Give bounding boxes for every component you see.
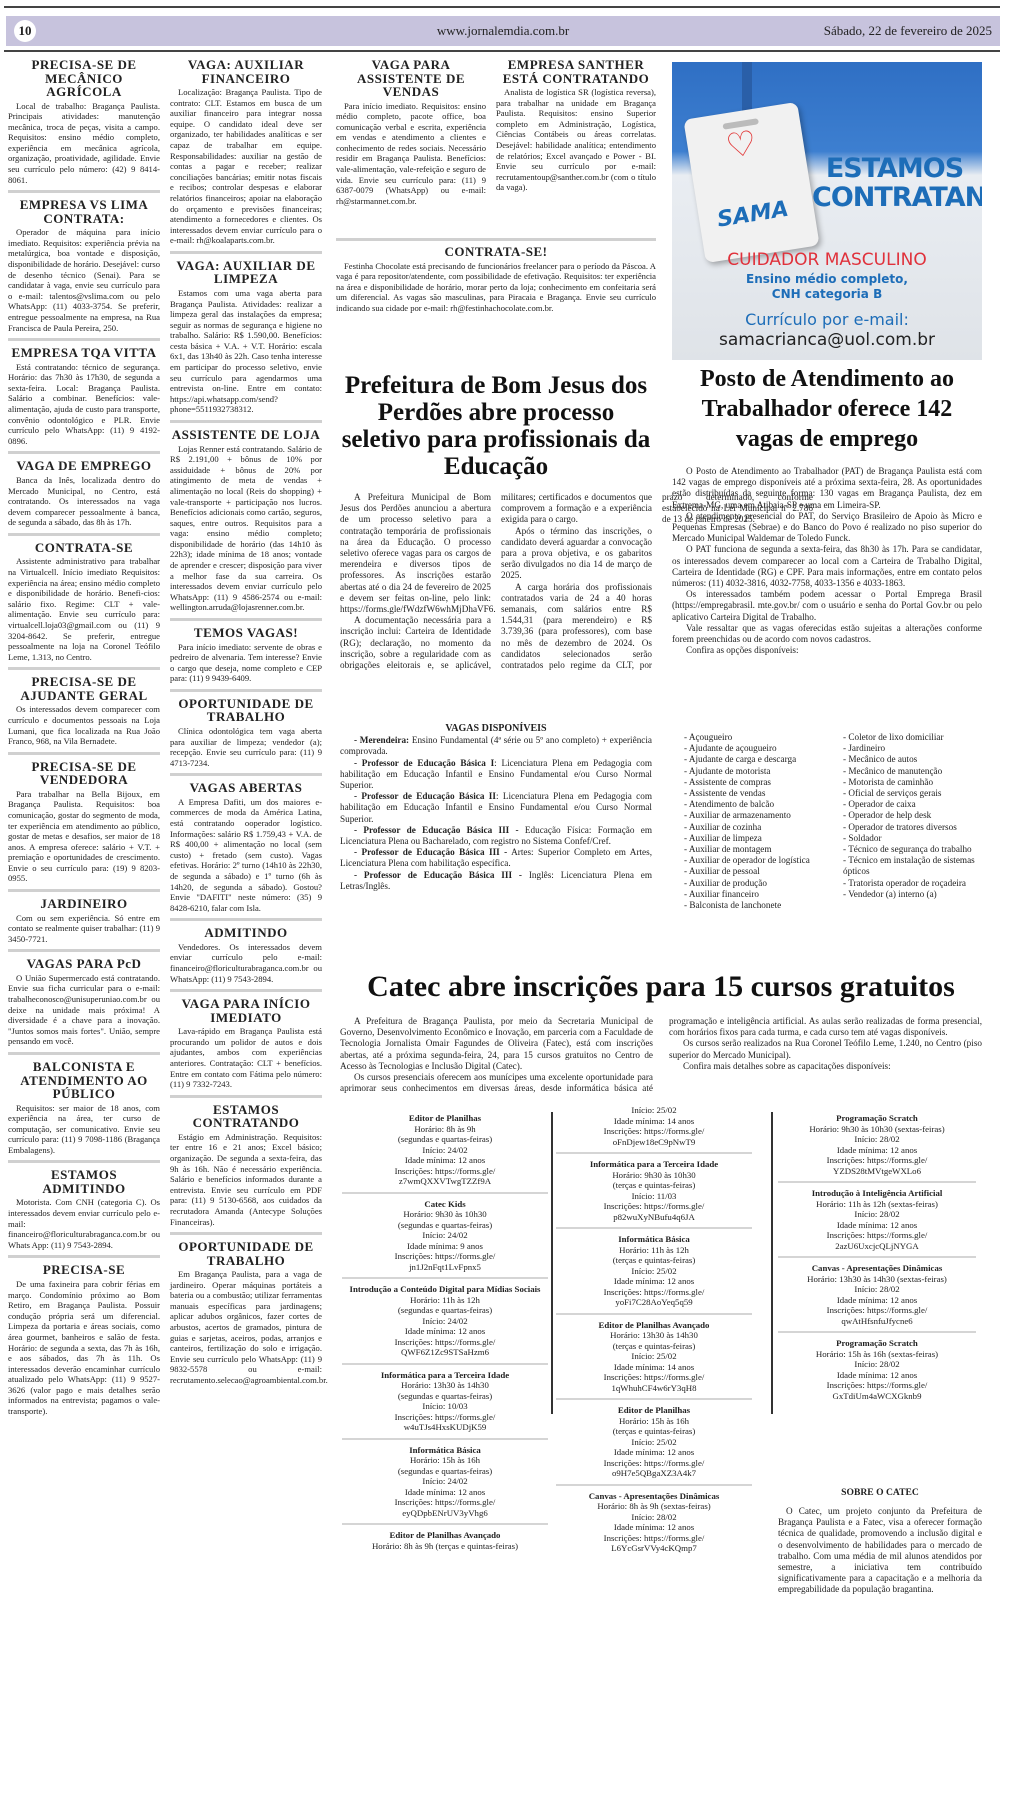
course-card: Informática BásicaHorário: 11h às 12h(te… xyxy=(556,1229,752,1315)
course-detail: Início: 28/02 xyxy=(556,1512,752,1523)
course-detail: Horário: 13h30 às 14h30 xyxy=(556,1330,752,1341)
job-item: - Mecânico de autos xyxy=(837,754,982,765)
course-name: Editor de Planilhas Avançado xyxy=(342,1530,548,1541)
course-signup-link[interactable]: 2azU6UxcjcQLjNYGA xyxy=(778,1241,976,1252)
course-detail: Horário: 11h às 12h xyxy=(556,1245,752,1256)
course-detail: Início: 25/02 xyxy=(556,1105,752,1116)
ad-title: EMPRESA VS LIMA CONTRATA: xyxy=(8,198,160,225)
course-signup-link[interactable]: QWF6Z1Zc9STSaHzm6 xyxy=(342,1347,548,1358)
vaga-role: - Professor de Educação Básica II xyxy=(354,791,496,801)
course-name: Informática para a Terceira Idade xyxy=(556,1159,752,1170)
course-card: Editor de PlanilhasHorário: 8h às 9h(seg… xyxy=(342,1108,548,1194)
catec-body: A Prefeitura de Bragança Paulista, por m… xyxy=(340,1016,982,1102)
job-item: - Auxiliar de armazenamento xyxy=(678,810,823,821)
page-number: 10 xyxy=(14,20,36,42)
ad-body: Os interessados devem comparecer com cur… xyxy=(8,704,160,746)
catec-headline: Catec abre inscrições para 15 cursos gra… xyxy=(340,970,982,1004)
classified-ad: VAGA PARA INÍCIO IMEDIATOLava-rápido em … xyxy=(170,997,322,1098)
course-detail: Horário: 13h30 às 14h30 (sextas-feiras) xyxy=(778,1274,976,1285)
ad-title: JARDINEIRO xyxy=(8,897,160,911)
job-item: - Coletor de lixo domiciliar xyxy=(837,732,982,743)
course-signup-link[interactable]: Inscrições: https://forms.gle/ xyxy=(556,1201,752,1212)
issue-date: Sábado, 22 de fevereiro de 2025 xyxy=(824,23,992,39)
courses-divider-1 xyxy=(551,1112,553,1414)
course-detail: Início: 25/02 xyxy=(556,1266,752,1277)
vaga-role: - Professor de Educação Básica III - xyxy=(354,870,522,880)
course-detail: Horário: 15h às 16h xyxy=(556,1416,752,1427)
ad-title: OPORTUNIDADE DE TRABALHO xyxy=(170,1240,322,1267)
course-signup-link[interactable]: Inscrições: https://forms.gle/ xyxy=(556,1458,752,1469)
course-card: Introdução a Conteúdo Digital para Mídia… xyxy=(342,1279,548,1365)
ad-title: ESTAMOS CONTRATANDO xyxy=(170,1103,322,1130)
course-card: Catec KidsHorário: 9h30 às 10h30(segunda… xyxy=(342,1194,548,1280)
top-rule xyxy=(4,6,1000,8)
banner-headline: ESTAMOS CONTRATANDO xyxy=(812,154,977,212)
job-item: - Mecânico de manutenção xyxy=(837,766,982,777)
course-detail: Início: 28/02 xyxy=(778,1134,976,1145)
course-detail: (terças e quintas-feiras) xyxy=(556,1426,752,1437)
course-signup-link[interactable]: w4uTJs4HxsKUDjK59 xyxy=(342,1422,548,1433)
ad-body: Analista de logística SR (logística reve… xyxy=(496,87,656,193)
job-item: - Açougueiro xyxy=(678,732,823,743)
job-list-left: - Açougueiro- Ajudante de açougueiro- Aj… xyxy=(672,732,823,911)
course-signup-link[interactable]: eyQDpbENrUV3yVhg6 xyxy=(342,1508,548,1519)
ad-body: Com ou sem experiência. Só entre em cont… xyxy=(8,913,160,945)
course-detail: Horário: 9h30 às 10h30 (sextas-feiras) xyxy=(778,1124,976,1135)
classified-ad: EMPRESA TQA VITTAEstá contratando: técni… xyxy=(8,346,160,454)
ad-title: OPORTUNIDADE DE TRABALHO xyxy=(170,697,322,724)
course-detail: Início: 24/02 xyxy=(342,1316,548,1327)
vaga-item: - Professor de Educação Básica III - Edu… xyxy=(340,825,652,847)
course-name: Introdução a Conteúdo Digital para Mídia… xyxy=(342,1284,548,1295)
course-card: Editor de PlanilhasHorário: 15h às 16h(t… xyxy=(556,1400,752,1486)
job-item: - Ajudante de motorista xyxy=(678,766,823,777)
course-name: Canvas - Apresentações Dinâmicas xyxy=(556,1491,752,1502)
course-detail: Início: 11/03 xyxy=(556,1191,752,1202)
classifieds-column-1: PRECISA-SE DE MECÂNICO AGRÍCOLALocal de … xyxy=(8,58,160,1427)
course-detail: Início: 24/02 xyxy=(342,1230,548,1241)
course-signup-link[interactable]: Inscrições: https://forms.gle/ xyxy=(556,1533,752,1544)
job-item: - Auxiliar de montagem xyxy=(678,844,823,855)
article-paragraph: Confira mais detalhes sobre as capacitaç… xyxy=(669,1061,982,1072)
heart-logo-icon: ♡ xyxy=(723,123,759,167)
course-name: Introdução à Inteligência Artificial xyxy=(778,1188,976,1199)
course-detail: Horário: 8h às 9h xyxy=(342,1124,548,1135)
course-name: Catec Kids xyxy=(342,1199,548,1210)
ad-title: VAGA PARA ASSISTENTE DE VENDAS xyxy=(336,58,486,99)
course-card: Informática para a Terceira IdadeHorário… xyxy=(342,1365,548,1440)
course-card: Informática BásicaHorário: 15h às 16h(se… xyxy=(342,1440,548,1526)
course-detail: (segundas e quartas-feiras) xyxy=(342,1305,548,1316)
bomjesus-vagas-list: VAGAS DISPONÍVEIS- Merendeira: Ensino Fu… xyxy=(340,720,652,892)
ad-title: EMPRESA SANTHER ESTÁ CONTRATANDO xyxy=(496,58,656,85)
course-signup-link[interactable]: Inscrições: https://forms.gle/ xyxy=(778,1305,976,1316)
job-item: - Técnico em instalação de sistemas ópti… xyxy=(837,855,982,877)
job-item: - Jardineiro xyxy=(837,743,982,754)
ad-title: ADMITINDO xyxy=(170,926,322,940)
job-item: - Técnico de segurança do trabalho xyxy=(837,844,982,855)
ad-body: Clínica odontológica tem vaga aberta par… xyxy=(170,726,322,768)
article-paragraph: Confira as opções disponíveis: xyxy=(672,645,982,656)
ad-body: Localização: Bragança Paulista. Tipo de … xyxy=(170,87,322,246)
courses-divider-2 xyxy=(771,1112,773,1414)
course-signup-link[interactable]: Inscrições: https://forms.gle/ xyxy=(342,1337,548,1348)
course-name: Editor de Planilhas Avançado xyxy=(556,1320,752,1331)
ad-body: Motorista. Com CNH (categoria C). Os int… xyxy=(8,1197,160,1250)
pat-headline: Posto de Atendimento ao Trabalhador ofer… xyxy=(672,364,982,454)
course-detail: Horário: 13h30 às 14h30 xyxy=(342,1380,548,1391)
ad-body: Para início imediato. Requisitos: ensino… xyxy=(336,101,486,207)
classified-ad: TEMOS VAGAS!Para início imediato: serven… xyxy=(170,626,322,692)
course-detail: Idade mínima: 12 anos xyxy=(778,1145,976,1156)
classifieds-column-2: VAGA: AUXILIAR FINANCEIROLocalização: Br… xyxy=(170,58,322,1396)
job-item: - Motorista de caminhão xyxy=(837,777,982,788)
ad-title: VAGA: AUXILIAR FINANCEIRO xyxy=(170,58,322,85)
article-paragraph: A Prefeitura Municipal de Bom Jesus dos … xyxy=(340,492,491,615)
ad-title: PRECISA-SE DE AJUDANTE GERAL xyxy=(8,675,160,702)
course-signup-link[interactable]: 1qWhuhCF4w6rY3qH8 xyxy=(556,1383,752,1394)
course-signup-link[interactable]: Inscrições: https://forms.gle/ xyxy=(342,1166,548,1177)
page-header: 10 www.jornalemdia.com.br Sábado, 22 de … xyxy=(6,16,1000,46)
ad-body: Está contratando: técnico de segurança. … xyxy=(8,362,160,447)
job-item: - Assistente de vendas xyxy=(678,788,823,799)
job-item: - Atendimento de balcão xyxy=(678,799,823,810)
article-paragraph: O Posto de Atendimento ao Trabalhador (P… xyxy=(672,466,982,511)
brand-logo: SAMA xyxy=(716,197,791,233)
article-paragraph: Após o término das inscrições, o candida… xyxy=(501,526,652,582)
job-item: - Tratorista operador de roçadeira xyxy=(837,878,982,889)
ad-title: BALCONISTA E ATENDIMENTO AO PÚBLICO xyxy=(8,1060,160,1101)
job-item: - Auxiliar de pessoal xyxy=(678,866,823,877)
course-signup-link[interactable]: p82wuXyNBufu4q6JA xyxy=(556,1212,752,1223)
classified-ad: EMPRESA VS LIMA CONTRATA:Operador de máq… xyxy=(8,198,160,341)
article-paragraph: O atendimento presencial do PAT, do Serv… xyxy=(672,511,982,545)
course-name: Informática para a Terceira Idade xyxy=(342,1370,548,1381)
job-item: - Auxiliar de cozinha xyxy=(678,822,823,833)
course-signup-link[interactable]: Inscrições: https://forms.gle/ xyxy=(342,1251,548,1262)
ad-body: Em Bragança Paulista, para a vaga de jar… xyxy=(170,1269,322,1386)
ad-title: VAGA PARA INÍCIO IMEDIATO xyxy=(170,997,322,1024)
course-detail: Horário: 8h às 9h (terças e quintas-feir… xyxy=(342,1541,548,1552)
ad-body: Vendedores. Os interessados devem enviar… xyxy=(170,942,322,984)
ad-body: Banca da Inês, localizada dentro do Merc… xyxy=(8,475,160,528)
sama-hiring-banner[interactable]: ♡ SAMA ESTAMOS CONTRATANDO CUIDADOR MASC… xyxy=(672,62,982,360)
article-paragraph: Vale ressaltar que as vagas oferecidas e… xyxy=(672,623,982,645)
course-detail: (terças e quintas-feiras) xyxy=(556,1180,752,1191)
course-detail: Horário: 15h às 16h (sextas-feiras) xyxy=(778,1349,976,1360)
classified-ad: PRECISA-SE DE AJUDANTE GERALOs interessa… xyxy=(8,675,160,754)
classified-ad: CONTRATA-SEAssistente administrativo par… xyxy=(8,541,160,670)
course-detail: Idade mínima: 12 anos xyxy=(556,1447,752,1458)
job-list-right: - Coletor de lixo domiciliar- Jardineiro… xyxy=(831,732,982,911)
course-detail: Idade mínima: 12 anos xyxy=(778,1295,976,1306)
course-detail: (terças e quintas-feiras) xyxy=(556,1255,752,1266)
job-item: - Vendedor (a) interno (a) xyxy=(837,889,982,900)
course-name: Informática Básica xyxy=(556,1234,752,1245)
course-signup-link[interactable]: yoFi7C28AoYeq5q59 xyxy=(556,1297,752,1308)
ad-body: Assistente administrativo para trabalhar… xyxy=(8,556,160,662)
vaga-role: - Merendeira: xyxy=(354,735,409,745)
job-item: - Balconista de lanchonete xyxy=(678,900,823,911)
course-detail: Idade mínima: 12 anos xyxy=(556,1276,752,1287)
sobre-catec: SOBRE O CATEC O Catec, um projeto conjun… xyxy=(778,1487,982,1596)
vagas-heading: VAGAS DISPONÍVEIS xyxy=(340,723,652,734)
pat-body: O Posto de Atendimento ao Trabalhador (P… xyxy=(672,466,982,656)
ad-body: Estágio em Administração. Requisitos: te… xyxy=(170,1132,322,1227)
vaga-item: - Professor de Educação Básica III - Art… xyxy=(340,847,652,869)
course-detail: Idade mínima: 12 anos xyxy=(342,1487,548,1498)
classified-ad: ESTAMOS ADMITINDOMotorista. Com CNH (cat… xyxy=(8,1168,160,1258)
job-item: - Operador de tratores diversos xyxy=(837,822,982,833)
ad-body: Operador de máquina para início imediato… xyxy=(8,227,160,333)
course-detail: Início: 28/02 xyxy=(778,1359,976,1370)
id-badge-graphic: ♡ SAMA xyxy=(683,102,819,263)
course-card: Canvas - Apresentações DinâmicasHorário:… xyxy=(556,1486,752,1559)
classified-ad: JARDINEIROCom ou sem experiência. Só ent… xyxy=(8,897,160,952)
ad-body: Para trabalhar na Bella Bijoux, em Braga… xyxy=(8,789,160,884)
ad-title: VAGA: AUXILIAR DE LIMPEZA xyxy=(170,259,322,286)
course-detail: Idade mínima: 12 anos xyxy=(556,1522,752,1533)
course-signup-link[interactable]: qwAtHfsnfuJfycne6 xyxy=(778,1316,976,1327)
ad-body: Lava-rápido em Bragança Paulista está pr… xyxy=(170,1026,322,1090)
course-signup-link[interactable]: o9H7e5QBgaXZ3A4k7 xyxy=(556,1468,752,1479)
vaga-item: - Professor de Educação Básica III - Ing… xyxy=(340,870,652,892)
course-name: Canvas - Apresentações Dinâmicas xyxy=(778,1263,976,1274)
ad-title: VAGAS PARA PcD xyxy=(8,957,160,971)
ad-title: ASSISTENTE DE LOJA xyxy=(170,428,322,442)
course-signup-link[interactable]: Inscrições: https://forms.gle/ xyxy=(342,1497,548,1508)
courses-column-c: Programação ScratchHorário: 9h30 às 10h3… xyxy=(778,1108,976,1406)
course-detail: Idade mínima: 12 anos xyxy=(342,1155,548,1166)
course-detail: (segundas e quartas-feiras) xyxy=(342,1220,548,1231)
vaga-item: - Professor de Educação Básica II: Licen… xyxy=(340,791,652,825)
job-item: - Operador de caixa xyxy=(837,799,982,810)
classified-ad: ESTAMOS CONTRATANDOEstágio em Administra… xyxy=(170,1103,322,1235)
course-card: Canvas - Apresentações DinâmicasHorário:… xyxy=(778,1258,976,1333)
course-detail: Início: 24/02 xyxy=(342,1476,548,1487)
ad-title: CONTRATA-SE xyxy=(8,541,160,555)
course-detail: (segundas e quartas-feiras) xyxy=(342,1466,548,1477)
course-detail: Início: 28/02 xyxy=(778,1284,976,1295)
classified-ad: VAGAS ABERTASA Empresa Dafiti, um dos ma… xyxy=(170,781,322,921)
ad-title: VAGA DE EMPREGO xyxy=(8,459,160,473)
course-name: Programação Scratch xyxy=(778,1338,976,1349)
course-card: Informática para a Terceira IdadeHorário… xyxy=(556,1154,752,1229)
course-detail: (terças e quintas-feiras) xyxy=(556,1341,752,1352)
ad-title: CONTRATA-SE! xyxy=(336,245,656,259)
ad-title: PRECISA-SE DE VENDEDORA xyxy=(8,760,160,787)
classified-ad: VAGAS PARA PcDO União Supermercado está … xyxy=(8,957,160,1055)
course-detail: (segundas e quartas-feiras) xyxy=(342,1391,548,1402)
classified-ad: PRECISA-SEDe uma faxineira para cobrir f… xyxy=(8,1263,160,1421)
article-paragraph: O PAT funciona de segunda a sexta-feira,… xyxy=(672,544,982,589)
contrata-se-ad: CONTRATA-SE! Festinha Chocolate está pre… xyxy=(336,238,656,323)
ad-body: Lojas Renner está contratando. Salário d… xyxy=(170,444,322,614)
course-signup-link[interactable]: Inscrições: https://forms.gle/ xyxy=(778,1155,976,1166)
course-signup-link[interactable]: Inscrições: https://forms.gle/ xyxy=(778,1230,976,1241)
course-detail: Idade mínima: 14 anos xyxy=(556,1116,752,1127)
sobre-body: O Catec, um projeto conjunto da Prefeitu… xyxy=(778,1506,982,1596)
classified-ad: EMPRESA SANTHER ESTÁ CONTRATANDOAnalista… xyxy=(496,58,656,198)
classifieds-column-4: EMPRESA SANTHER ESTÁ CONTRATANDOAnalista… xyxy=(496,58,656,203)
classified-ad: ADMITINDOVendedores. Os interessados dev… xyxy=(170,926,322,992)
bomjesus-body: A Prefeitura Municipal de Bom Jesus dos … xyxy=(340,492,652,672)
classified-ad: PRECISA-SE DE VENDEDORAPara trabalhar na… xyxy=(8,760,160,892)
courses-column-b: Início: 25/02Idade mínima: 14 anosInscri… xyxy=(556,1100,752,1559)
banner-req-1: Ensino médio completo, xyxy=(672,272,982,286)
course-detail: Horário: 8h às 9h (sextas-feiras) xyxy=(556,1501,752,1512)
job-item: - Auxiliar de limpeza xyxy=(678,833,823,844)
course-detail: Horário: 11h às 12h (sextas-feiras) xyxy=(778,1199,976,1210)
ad-body: Para início imediato: servente de obras … xyxy=(170,642,322,684)
classified-ad: VAGA PARA ASSISTENTE DE VENDASPara iníci… xyxy=(336,58,486,211)
course-detail: Idade mínima: 12 anos xyxy=(342,1326,548,1337)
classified-ad: VAGA DE EMPREGOBanca da Inês, localizada… xyxy=(8,459,160,535)
courses-column-a: Editor de PlanilhasHorário: 8h às 9h(seg… xyxy=(342,1108,548,1556)
course-signup-link[interactable]: Inscrições: https://forms.gle/ xyxy=(556,1287,752,1298)
course-card: Editor de Planilhas AvançadoHorário: 13h… xyxy=(556,1315,752,1401)
job-item: - Ajudante de carga e descarga xyxy=(678,754,823,765)
course-detail: Início: 25/02 xyxy=(556,1351,752,1362)
ad-body: De uma faxineira para cobrir férias em m… xyxy=(8,1279,160,1417)
banner-req-2: CNH categoria B xyxy=(672,287,982,301)
course-detail: Início: 28/02 xyxy=(778,1209,976,1220)
course-name: Informática Básica xyxy=(342,1445,548,1456)
ad-body: Festinha Chocolate está precisando de fu… xyxy=(336,261,656,314)
job-item: - Soldador xyxy=(837,833,982,844)
classified-ad: OPORTUNIDADE DE TRABALHOClínica odontoló… xyxy=(170,697,322,776)
article-paragraph: A Prefeitura de Bragança Paulista, por m… xyxy=(340,1016,653,1072)
job-item: - Auxiliar de operador de logística xyxy=(678,855,823,866)
course-card: Programação ScratchHorário: 15h às 16h (… xyxy=(778,1333,976,1406)
vaga-role: - Professor de Educação Básica I xyxy=(354,758,494,768)
course-detail: Horário: 9h30 às 10h30 xyxy=(556,1170,752,1181)
sobre-title: SOBRE O CATEC xyxy=(778,1487,982,1498)
classified-ad: OPORTUNIDADE DE TRABALHOEm Bragança Paul… xyxy=(170,1240,322,1391)
vaga-item: - Merendeira: Ensino Fundamental (4ª sér… xyxy=(340,735,652,757)
banner-email[interactable]: samacrianca@uol.com.br xyxy=(672,330,982,350)
course-signup-link[interactable]: GxTdiUm4aWCXGknb9 xyxy=(778,1391,976,1402)
course-signup-link[interactable]: oFnDjew18eC9pNwT9 xyxy=(556,1137,752,1148)
course-detail: (segundas e quartas-feiras) xyxy=(342,1134,548,1145)
ad-body: Estamos com uma vaga aberta para Braganç… xyxy=(170,288,322,415)
banner-cta: Currículo por e-mail: xyxy=(672,310,982,329)
course-detail: Horário: 15h às 16h xyxy=(342,1455,548,1466)
ad-body: Local de trabalho: Bragança Paulista. Pr… xyxy=(8,101,160,186)
course-signup-link[interactable]: Inscrições: https://forms.gle/ xyxy=(342,1412,548,1423)
course-detail: Horário: 9h30 às 10h30 xyxy=(342,1209,548,1220)
article-paragraph: Os interessados também podem acessar o P… xyxy=(672,589,982,623)
job-item: - Assistente de compras xyxy=(678,777,823,788)
ad-title: PRECISA-SE DE MECÂNICO AGRÍCOLA xyxy=(8,58,160,99)
classified-ad: BALCONISTA E ATENDIMENTO AO PÚBLICORequi… xyxy=(8,1060,160,1163)
course-detail: Horário: 11h às 12h xyxy=(342,1295,548,1306)
classifieds-column-3: VAGA PARA ASSISTENTE DE VENDASPara iníci… xyxy=(336,58,486,216)
classified-ad: VAGA: AUXILIAR FINANCEIROLocalização: Br… xyxy=(170,58,322,254)
course-signup-link[interactable]: Inscrições: https://forms.gle/ xyxy=(556,1126,752,1137)
ad-title: EMPRESA TQA VITTA xyxy=(8,346,160,360)
site-url[interactable]: www.jornalemdia.com.br xyxy=(437,23,569,39)
course-card: Programação ScratchHorário: 9h30 às 10h3… xyxy=(778,1108,976,1183)
course-card: Início: 25/02Idade mínima: 14 anosInscri… xyxy=(556,1100,752,1154)
vaga-role: - Professor de Educação Básica III - xyxy=(354,847,507,857)
course-signup-link[interactable]: jn1J2nFqt1LvFpnx5 xyxy=(342,1262,548,1273)
classified-ad: ASSISTENTE DE LOJALojas Renner está cont… xyxy=(170,428,322,621)
course-card: Introdução à Inteligência ArtificialHorá… xyxy=(778,1183,976,1258)
course-name: Editor de Planilhas xyxy=(342,1113,548,1124)
course-detail: Idade mínima: 12 anos xyxy=(778,1220,976,1231)
course-signup-link[interactable]: z7wmQXXVTwgTZZf9A xyxy=(342,1176,548,1187)
ad-title: TEMOS VAGAS! xyxy=(170,626,322,640)
course-signup-link[interactable]: YZDS28tMVtgeWXLo6 xyxy=(778,1166,976,1177)
banner-role: CUIDADOR MASCULINO xyxy=(672,250,982,270)
course-detail: Início: 25/02 xyxy=(556,1437,752,1448)
vaga-role: - Professor de Educação Básica III - xyxy=(354,825,519,835)
course-name: Editor de Planilhas xyxy=(556,1405,752,1416)
ad-title: VAGAS ABERTAS xyxy=(170,781,322,795)
course-detail: Idade mínima: 14 anos xyxy=(556,1362,752,1373)
course-signup-link[interactable]: Inscrições: https://forms.gle/ xyxy=(556,1372,752,1383)
ad-body: Requisitos: ser maior de 18 anos, com ex… xyxy=(8,1103,160,1156)
job-item: - Auxiliar financeiro xyxy=(678,889,823,900)
header-bottom-rule xyxy=(4,50,1000,52)
course-detail: Início: 10/03 xyxy=(342,1401,548,1412)
course-name: Programação Scratch xyxy=(778,1113,976,1124)
course-card: Editor de Planilhas AvançadoHorário: 8h … xyxy=(342,1525,548,1556)
course-detail: Idade mínima: 12 anos xyxy=(778,1370,976,1381)
article-paragraph: Os cursos serão realizados na Rua Corone… xyxy=(669,1038,982,1060)
ad-body: A Empresa Dafiti, um dos maiores e-comme… xyxy=(170,797,322,914)
vaga-item: - Professor de Educação Básica I: Licenc… xyxy=(340,758,652,792)
course-signup-link[interactable]: L6YcGsrVVy4cKQmp7 xyxy=(556,1543,752,1554)
job-item: - Operador de help desk xyxy=(837,810,982,821)
course-detail: Início: 24/02 xyxy=(342,1145,548,1156)
course-detail: Idade mínima: 9 anos xyxy=(342,1241,548,1252)
classified-ad: VAGA: AUXILIAR DE LIMPEZAEstamos com uma… xyxy=(170,259,322,423)
ad-body: O União Supermercado está contratando. E… xyxy=(8,973,160,1047)
course-signup-link[interactable]: Inscrições: https://forms.gle/ xyxy=(778,1380,976,1391)
classified-ad: PRECISA-SE DE MECÂNICO AGRÍCOLALocal de … xyxy=(8,58,160,193)
job-item: - Ajudante de açougueiro xyxy=(678,743,823,754)
bomjesus-headline: Prefeitura de Bom Jesus dos Perdões abre… xyxy=(340,372,652,480)
ad-title: PRECISA-SE xyxy=(8,1263,160,1277)
job-item: - Auxiliar de produção xyxy=(678,878,823,889)
ad-title: ESTAMOS ADMITINDO xyxy=(8,1168,160,1195)
pat-job-list: - Açougueiro- Ajudante de açougueiro- Aj… xyxy=(672,732,982,911)
job-item: - Oficial de serviços gerais xyxy=(837,788,982,799)
